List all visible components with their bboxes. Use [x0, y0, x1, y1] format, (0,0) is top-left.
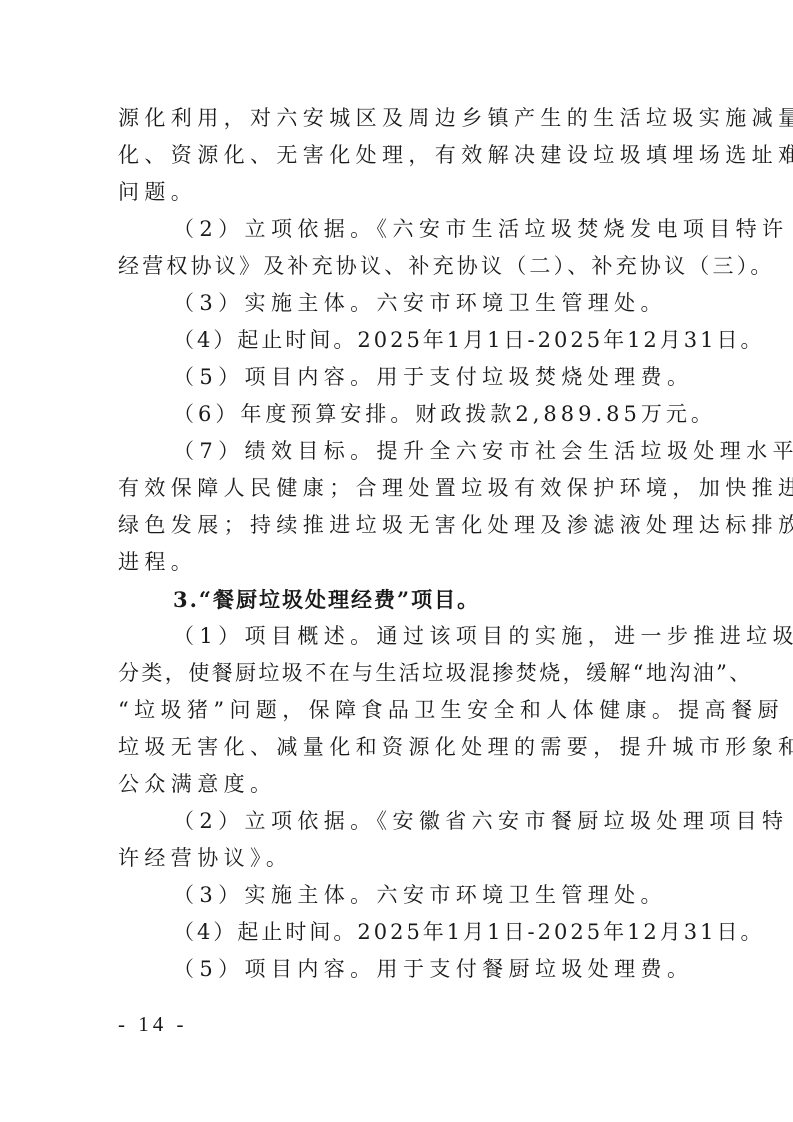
- page-number: - 14 -: [118, 1012, 188, 1037]
- paragraph-line: （2）立项依据。《六安市生活垃圾焚烧发电项目特许: [118, 211, 678, 248]
- paragraph-line: 化、资源化、无害化处理，有效解决建设垃圾填埋场选址难: [118, 137, 678, 174]
- paragraph-line: （3）实施主体。六安市环境卫生管理处。: [118, 877, 678, 914]
- paragraph-line: 经营权协议》及补充协议、补充协议（二）、补充协议（三）。: [118, 248, 678, 285]
- paragraph-line: （4）起止时间。2025年1月1日-2025年12月31日。: [118, 914, 678, 951]
- paragraph-line: （3）实施主体。六安市环境卫生管理处。: [118, 285, 678, 322]
- document-body: 源化利用，对六安城区及周边乡镇产生的生活垃圾实施减量 化、资源化、无害化处理，有…: [118, 100, 678, 988]
- paragraph-line: 问题。: [118, 174, 678, 211]
- paragraph-line: 绿色发展；持续推进垃圾无害化处理及渗滤液处理达标排放: [118, 507, 678, 544]
- paragraph-line: 分类，使餐厨垃圾不在与生活垃圾混掺焚烧，缓解“地沟油”、: [118, 655, 678, 692]
- paragraph-line: “垃圾猪”问题，保障食品卫生安全和人体健康。提高餐厨: [118, 692, 678, 729]
- paragraph-line: 垃圾无害化、减量化和资源化处理的需要，提升城市形象和: [118, 729, 678, 766]
- paragraph-line: （5）项目内容。用于支付餐厨垃圾处理费。: [118, 951, 678, 988]
- paragraph-line: 许经营协议》。: [118, 840, 678, 877]
- paragraph-line: （7）绩效目标。提升全六安市社会生活垃圾处理水平，: [118, 433, 678, 470]
- paragraph-line: （2）立项依据。《安徽省六安市餐厨垃圾处理项目特: [118, 803, 678, 840]
- paragraph-line: 源化利用，对六安城区及周边乡镇产生的生活垃圾实施减量: [118, 100, 678, 137]
- paragraph-line: （1）项目概述。通过该项目的实施，进一步推进垃圾: [118, 618, 678, 655]
- section-heading: 3.“餐厨垃圾处理经费”项目。: [118, 581, 678, 618]
- paragraph-line: （5）项目内容。用于支付垃圾焚烧处理费。: [118, 359, 678, 396]
- paragraph-line: 公众满意度。: [118, 766, 678, 803]
- paragraph-line: 有效保障人民健康；合理处置垃圾有效保护环境，加快推进: [118, 470, 678, 507]
- paragraph-line: 进程。: [118, 544, 678, 581]
- paragraph-line: （6）年度预算安排。财政拨款2,889.85万元。: [118, 396, 678, 433]
- paragraph-line: （4）起止时间。2025年1月1日-2025年12月31日。: [118, 322, 678, 359]
